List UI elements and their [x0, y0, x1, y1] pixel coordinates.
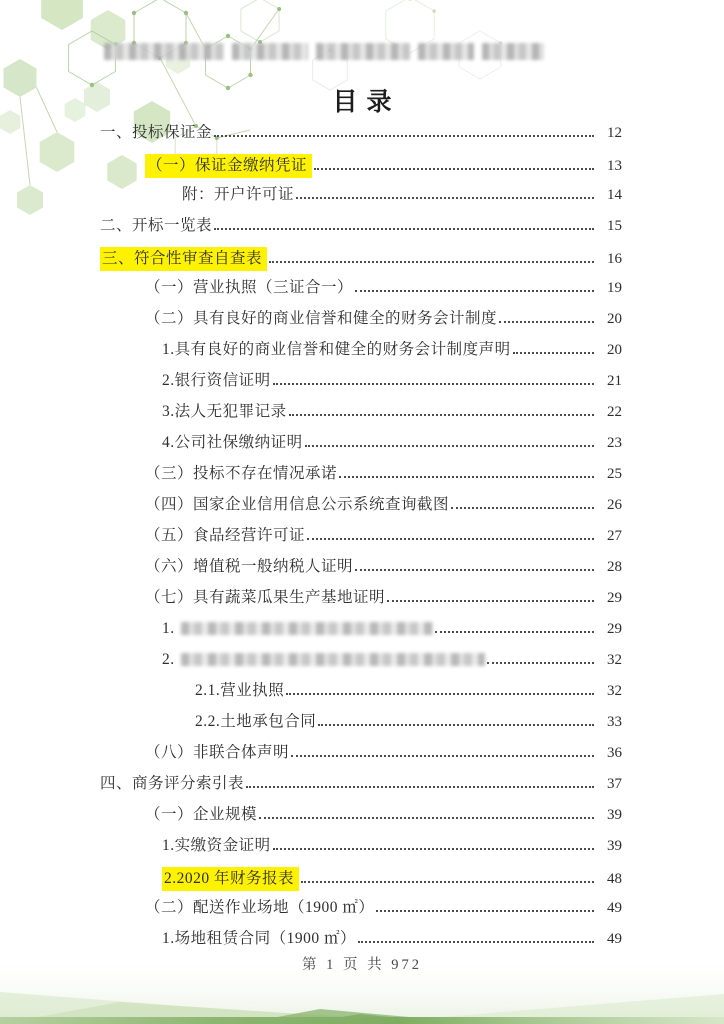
- toc-entry-label: 2.1.营业执照: [195, 681, 284, 701]
- toc-leader-dots: [291, 753, 594, 757]
- toc-leader-dots: [451, 505, 594, 509]
- toc-page-number: 26: [596, 495, 622, 515]
- toc-leader-dots: [259, 815, 594, 819]
- toc-page-number: 16: [596, 249, 622, 269]
- toc-leader-dots: [355, 288, 594, 292]
- toc-page-number: 36: [596, 743, 622, 763]
- document-page: { "page": { "title": "目录", "footer": "第 …: [0, 0, 724, 1024]
- toc-entry-label: 2.2.土地承包合同: [195, 712, 316, 732]
- toc-leader-dots: [273, 381, 594, 385]
- toc-leader-dots: [301, 879, 594, 883]
- toc-entry: （二）具有良好的商业信誉和健全的财务会计制度 20: [100, 302, 622, 333]
- toc-page-number: 39: [596, 836, 622, 856]
- toc-leader-dots: [376, 908, 594, 912]
- toc-entry: 2.2.土地承包合同 33: [100, 705, 622, 736]
- toc-leader-dots: [318, 722, 594, 726]
- toc-entry: （一）保证金缴纳凭证 13: [100, 147, 622, 178]
- toc-page-number: 32: [596, 650, 622, 670]
- toc-list: 一、投标保证金 12 （一）保证金缴纳凭证 13 附：开户许可证 14 二、开标…: [100, 116, 622, 953]
- toc-page-number: 21: [596, 371, 622, 391]
- toc-entry-label: 1.具有良好的商业信誉和健全的财务会计制度声明: [162, 340, 511, 360]
- toc-entry: 1.实缴资金证明 39: [100, 829, 622, 860]
- toc-leader-dots: [358, 939, 594, 943]
- toc-entry-label: 2.: [162, 650, 485, 670]
- footer-page-number: 第 1 页 共 972: [0, 953, 724, 974]
- toc-leader-dots: [214, 133, 594, 137]
- toc-entry: （八）非联合体声明 36: [100, 736, 622, 767]
- toc-entry: （五）食品经营许可证 27: [100, 519, 622, 550]
- toc-page-number: 49: [596, 898, 622, 918]
- toc-entry-label: 二、开标一览表: [100, 216, 212, 236]
- toc-entry-label: 1.实缴资金证明: [162, 836, 271, 856]
- toc-page-number: 14: [596, 185, 622, 205]
- toc-page-number: 20: [596, 309, 622, 329]
- toc-entry-label: （五）食品经营许可证: [145, 526, 305, 546]
- toc-entry-label: 1.场地租赁合同（1900 ㎡）: [162, 929, 356, 949]
- toc-page-number: 27: [596, 526, 622, 546]
- toc-entry-label: （三）投标不存在情况承诺: [145, 464, 337, 484]
- toc-page-number: 19: [596, 278, 622, 298]
- toc-page-number: 12: [596, 123, 622, 143]
- toc-leader-dots: [246, 784, 594, 788]
- toc-leader-dots: [214, 226, 594, 230]
- toc-entry: 1.场地租赁合同（1900 ㎡） 49: [100, 922, 622, 953]
- toc-leader-dots: [387, 598, 594, 602]
- toc-page-number: 20: [596, 340, 622, 360]
- toc-entry-label: （七）具有蔬菜瓜果生产基地证明: [145, 588, 385, 608]
- toc-entry: 2.2020 年财务报表 48: [100, 860, 622, 891]
- toc-entry: 一、投标保证金 12: [100, 116, 622, 147]
- toc-page-number: 15: [596, 216, 622, 236]
- toc-leader-dots: [487, 660, 594, 664]
- toc-entry-label: 2.银行资信证明: [162, 371, 271, 391]
- toc-page-number: 28: [596, 557, 622, 577]
- toc-entry: 2.1.营业执照 32: [100, 674, 622, 705]
- toc-entry: （一）企业规模 39: [100, 798, 622, 829]
- toc-entry-label: 四、商务评分索引表: [100, 774, 244, 794]
- toc-leader-dots: [355, 567, 594, 571]
- toc-entry: （三）投标不存在情况承诺 25: [100, 457, 622, 488]
- toc-entry: （六）增值税一般纳税人证明 28: [100, 550, 622, 581]
- page-title: 目录: [0, 82, 724, 118]
- redacted-text-block: [181, 653, 485, 666]
- toc-leader-dots: [339, 474, 594, 478]
- toc-entry-label: 三、符合性审查自查表: [100, 247, 267, 271]
- toc-entry-label: 1.: [162, 619, 433, 639]
- toc-entry: （二）配送作业场地（1900 ㎡） 49: [100, 891, 622, 922]
- toc-entry: 4.公司社保缴纳证明 23: [100, 426, 622, 457]
- toc-page-number: 32: [596, 681, 622, 701]
- toc-leader-dots: [269, 259, 594, 263]
- toc-leader-dots: [314, 166, 594, 170]
- toc-entry-label: 3.法人无犯罪记录: [162, 402, 287, 422]
- toc-leader-dots: [307, 536, 594, 540]
- toc-page-number: 22: [596, 402, 622, 422]
- toc-page-number: 29: [596, 588, 622, 608]
- toc-entry-label: （四）国家企业信用信息公示系统查询截图: [145, 495, 449, 515]
- toc-entry: 2.银行资信证明 21: [100, 364, 622, 395]
- toc-page-number: 33: [596, 712, 622, 732]
- toc-entry: 1.具有良好的商业信誉和健全的财务会计制度声明 20: [100, 333, 622, 364]
- toc-leader-dots: [513, 350, 594, 354]
- toc-entry: 1. 29: [100, 612, 622, 643]
- toc-entry-label: 一、投标保证金: [100, 123, 212, 143]
- toc-entry-label: 附：开户许可证: [182, 185, 294, 205]
- toc-leader-dots: [305, 443, 594, 447]
- toc-leader-dots: [273, 846, 594, 850]
- toc-leader-dots: [286, 691, 594, 695]
- toc-page-number: 49: [596, 929, 622, 949]
- toc-entry: （四）国家企业信用信息公示系统查询截图 26: [100, 488, 622, 519]
- toc-entry: 2. 32: [100, 643, 622, 674]
- toc-entry-label: 2.2020 年财务报表: [162, 867, 299, 891]
- toc-page-number: 25: [596, 464, 622, 484]
- toc-page-number: 37: [596, 774, 622, 794]
- toc-entry-label: （六）增值税一般纳税人证明: [145, 557, 353, 577]
- toc-entry: 3.法人无犯罪记录 22: [100, 395, 622, 426]
- toc-leader-dots: [435, 629, 594, 633]
- toc-leader-dots: [296, 195, 594, 199]
- toc-page-number: 23: [596, 433, 622, 453]
- toc-entry-label: （一）营业执照（三证合一）: [145, 278, 353, 298]
- toc-entry: （七）具有蔬菜瓜果生产基地证明 29: [100, 581, 622, 612]
- toc-entry-label: （八）非联合体声明: [145, 743, 289, 763]
- toc-entry-label: （一）保证金缴纳凭证: [145, 154, 312, 178]
- toc-leader-dots: [499, 319, 594, 323]
- toc-page-number: 39: [596, 805, 622, 825]
- toc-page-number: 29: [596, 619, 622, 639]
- toc-entry-label: 4.公司社保缴纳证明: [162, 433, 303, 453]
- toc-entry: 三、符合性审查自查表 16: [100, 240, 622, 271]
- toc-entry-label: （二）具有良好的商业信誉和健全的财务会计制度: [145, 309, 497, 329]
- toc-entry-label: （一）企业规模: [145, 805, 257, 825]
- toc-entry: 附：开户许可证 14: [100, 178, 622, 209]
- redacted-text-block: [181, 622, 433, 635]
- toc-page-number: 48: [596, 869, 622, 889]
- toc-entry: 四、商务评分索引表 37: [100, 767, 622, 798]
- toc-page-number: 13: [596, 156, 622, 176]
- toc-entry: （一）营业执照（三证合一） 19: [100, 271, 622, 302]
- redacted-header-text: [104, 43, 544, 60]
- toc-leader-dots: [289, 412, 594, 416]
- toc-entry: 二、开标一览表 15: [100, 209, 622, 240]
- toc-entry-label: （二）配送作业场地（1900 ㎡）: [145, 898, 374, 918]
